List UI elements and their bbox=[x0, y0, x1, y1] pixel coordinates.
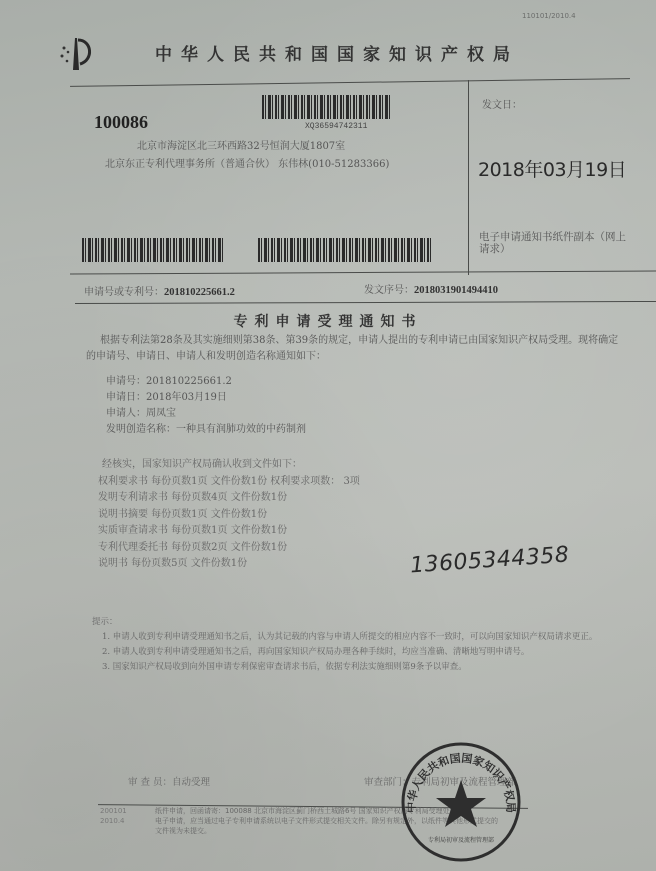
barcode-left bbox=[82, 238, 225, 262]
column-divider bbox=[468, 80, 469, 275]
serial-value: 2018031901494410 bbox=[414, 285, 498, 296]
issue-date: 2018年03月19日 bbox=[478, 155, 626, 182]
document-title: 专利申请受理通知书 bbox=[0, 311, 656, 331]
barcode-middle bbox=[258, 238, 431, 262]
document-item: 发明专利请求书 每份页数4页 文件份数1份 bbox=[98, 490, 360, 507]
official-seal-icon: 中华人民共和国国家知识产权局 专利局初审及流程管理部 bbox=[397, 738, 525, 866]
app-no-value: 201810225661.2 bbox=[164, 287, 235, 298]
document-item: 专利代理委托书 每份页数2页 文件份数1份 bbox=[98, 540, 360, 557]
cnipa-logo-icon bbox=[58, 34, 98, 74]
field-invention-title: 发明创造名称：一种具有润肺功效的中药制剂 bbox=[106, 422, 306, 438]
notice-document: 110101/2010.4 中华人民共和国国家知识产权局 100086 XQ36… bbox=[0, 0, 656, 871]
note-item: 3. 国家知识产权局收到向外国申请专利保密审查请求书后，依据专利法实施细则第9条… bbox=[92, 660, 632, 675]
postcode: 100086 bbox=[94, 112, 148, 133]
intro-paragraph: 根据专利法第28条及其实施细则第38条、第39条的规定，申请人提出的专利申请已由… bbox=[86, 333, 626, 365]
document-item: 说明书 每份页数5页 文件份数1份 bbox=[98, 556, 360, 573]
divider-2 bbox=[75, 301, 656, 304]
handwritten-phone-number: 13605344358 bbox=[409, 542, 570, 578]
document-item: 实质审查请求书 每份页数1页 文件份数1份 bbox=[98, 523, 360, 540]
field-application-number: 申请号：201810225661.2 bbox=[106, 374, 306, 390]
examiner: 审 查 员：自动受理 bbox=[128, 774, 210, 788]
application-fields: 申请号：201810225661.2 申请日：2018年03月19日 申请人：周… bbox=[106, 374, 306, 438]
copy-note: 电子申请通知书纸件副本（网上请求） bbox=[479, 231, 629, 255]
note-item: 2. 申请人收到专利申请受理通知书之后，再向国家知识产权局办理各种手续时，均应当… bbox=[92, 645, 632, 660]
divider-1 bbox=[70, 270, 656, 274]
recipient-address: 北京市海淀区北三环西路32号恒润大厦1807室 bbox=[137, 137, 345, 152]
agency-name: 中华人民共和国国家知识产权局 bbox=[155, 40, 519, 65]
recipient-agency: 北京东正专利代理事务所（普通合伙） 东伟林(010-51283366) bbox=[105, 155, 389, 170]
app-no-label: 申请号或专利号： bbox=[84, 287, 164, 298]
application-number: 申请号或专利号：201810225661.2 bbox=[84, 283, 235, 298]
barcode-text: XQ36594742311 bbox=[305, 122, 367, 131]
form-number: 110101/2010.4 bbox=[522, 12, 576, 20]
received-documents: 经核实，国家知识产权局确认收到文件如下： 权利要求书 每份页数1页 文件份数1份… bbox=[98, 457, 360, 573]
document-item: 说明书摘要 每份页数1页 文件份数1份 bbox=[98, 507, 360, 524]
footer-codes: 200101 2010.4 bbox=[100, 806, 127, 826]
field-application-date: 申请日：2018年03月19日 bbox=[106, 390, 306, 406]
svg-text:专利局初审及流程管理部: 专利局初审及流程管理部 bbox=[428, 836, 494, 844]
document-item: 权利要求书 每份页数1页 文件份数1份 权利要求项数： 3项 bbox=[98, 474, 360, 491]
header-rule bbox=[70, 78, 630, 87]
field-applicant: 申请人：周凤宝 bbox=[106, 406, 306, 422]
notes-heading: 提示： bbox=[92, 615, 632, 630]
notes-section: 提示： 1. 申请人收到专利申请受理通知书之后，认为其记载的内容与申请人所提交的… bbox=[92, 615, 632, 675]
note-item: 1. 申请人收到专利申请受理通知书之后，认为其记载的内容与申请人所提交的相应内容… bbox=[92, 630, 632, 645]
issue-date-label: 发文日： bbox=[482, 96, 522, 111]
barcode-recipient bbox=[262, 95, 390, 119]
serial-number: 发文序号：2018031901494410 bbox=[364, 281, 498, 296]
documents-heading: 经核实，国家知识产权局确认收到文件如下： bbox=[102, 457, 360, 474]
serial-label: 发文序号： bbox=[364, 285, 414, 296]
